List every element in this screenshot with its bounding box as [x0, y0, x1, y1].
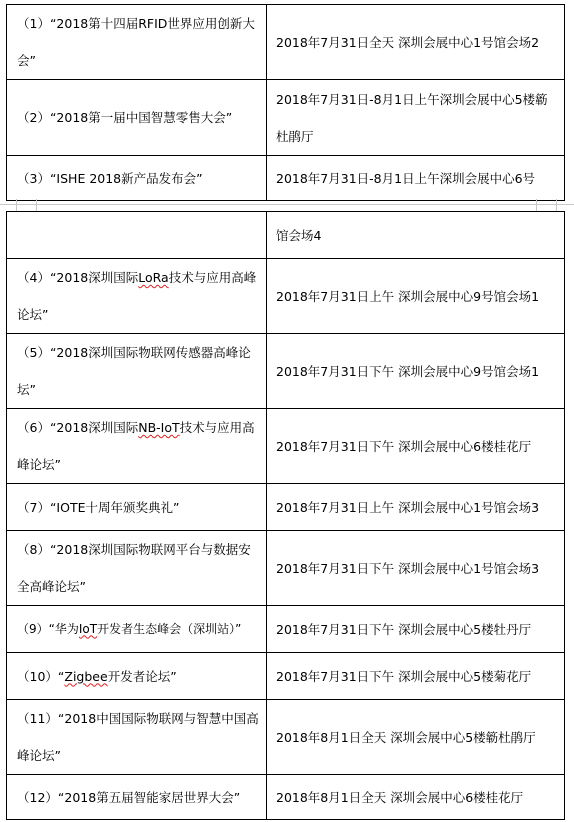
event-title-text: 开发者论坛” [108, 669, 177, 684]
event-number: （11） [17, 711, 58, 726]
table-row: （6）“2018深圳国际NB-IoT技术与应用高峰论坛” 2018年7月31日下… [7, 409, 565, 484]
time-place-cell: 2018年7月31日上午 深圳会展中心9号馆会场1 [267, 259, 565, 334]
event-name-cell: （1）“2018第十四届RFID世界应用创新大会” [7, 5, 267, 80]
event-name-cell: （9）“华为IoT开发者生态峰会（深圳站）” [7, 606, 267, 653]
event-number: （12） [17, 790, 58, 805]
table-row: （5）“2018深圳国际物联网传感器高峰论坛” 2018年7月31日下午 深圳会… [7, 334, 565, 409]
event-name-cell: （12）“2018第五届智能家居世界大会” [7, 775, 267, 820]
table-row: （11）“2018中国国际物联网与智慧中国高峰论坛” 2018年8月1日全天 深… [7, 700, 565, 775]
event-number: （9） [17, 622, 49, 636]
event-title-text: “华为 [49, 622, 79, 636]
time-place-cell: 2018年8月1日全天 深圳会展中心6楼桂花厅 [267, 775, 565, 820]
event-name-cell: （7）“IOTE十周年颁奖典礼” [7, 484, 267, 531]
event-number: （5） [17, 345, 50, 360]
time-place-cell: 2018年7月31日下午 深圳会展中心9号馆会场1 [267, 334, 565, 409]
spellcheck-flagged-term[interactable]: IoT [79, 622, 97, 636]
table-row: （12）“2018第五届智能家居世界大会” 2018年8月1日全天 深圳会展中心… [7, 775, 565, 820]
time-place-cell: 2018年7月31日-8月1日上午深圳会展中心6号 [267, 156, 565, 201]
table-row-continuation: 馆会场4 [7, 212, 565, 259]
event-name-cell [7, 212, 267, 259]
time-place-cell: 2018年7月31日下午 深圳会展中心6楼桂花厅 [267, 409, 565, 484]
time-place-cell: 2018年7月31日下午 深圳会展中心5楼牡丹厅 [267, 606, 565, 653]
event-name-cell: （5）“2018深圳国际物联网传感器高峰论坛” [7, 334, 267, 409]
event-name-cell: （11）“2018中国国际物联网与智慧中国高峰论坛” [7, 700, 267, 775]
page-corner-mark [16, 199, 17, 211]
table-row: （7）“IOTE十周年颁奖典礼” 2018年7月31日上午 深圳会展中心1号馆会… [7, 484, 565, 531]
event-title-text: 开发者生态峰会（深圳站）” [97, 622, 241, 636]
event-title-text: “2018深圳国际物联网传感器高峰论坛” [17, 345, 251, 397]
spellcheck-flagged-term[interactable]: NB-IoT [138, 420, 179, 435]
event-number: （7） [17, 500, 50, 515]
events-table-page2: 馆会场4 （4）“2018深圳国际LoRa技术与应用高峰论坛” 2018年7月3… [6, 211, 565, 820]
event-title-text: “2018第五届智能家居世界大会” [58, 790, 240, 805]
event-name-cell: （4）“2018深圳国际LoRa技术与应用高峰论坛” [7, 259, 267, 334]
page-corner-mark [536, 199, 537, 211]
time-place-cell: 2018年7月31日上午 深圳会展中心1号馆会场3 [267, 484, 565, 531]
table-row: （4）“2018深圳国际LoRa技术与应用高峰论坛” 2018年7月31日上午 … [7, 259, 565, 334]
event-name-cell: （8）“2018深圳国际物联网平台与数据安全高峰论坛” [7, 531, 267, 606]
events-table-page1: （1）“2018第十四届RFID世界应用创新大会” 2018年7月31日全天 深… [6, 4, 565, 201]
event-name-cell: （6）“2018深圳国际NB-IoT技术与应用高峰论坛” [7, 409, 267, 484]
time-place-cell: 2018年7月31日下午 深圳会展中心1号馆会场3 [267, 531, 565, 606]
event-name-cell: （2）“2018第一届中国智慧零售大会” [7, 80, 267, 156]
event-number: （8） [17, 542, 50, 557]
spellcheck-flagged-term[interactable]: Zigbee [64, 669, 107, 684]
table-row: （1）“2018第十四届RFID世界应用创新大会” 2018年7月31日全天 深… [7, 5, 565, 80]
event-number: （10） [17, 669, 58, 684]
time-place-cell: 2018年7月31日下午 深圳会展中心5楼菊花厅 [267, 653, 565, 700]
table-row: （10）“Zigbee开发者论坛” 2018年7月31日下午 深圳会展中心5楼菊… [7, 653, 565, 700]
time-place-cell: 2018年7月31日-8月1日上午深圳会展中心5楼簕杜鹃厅 [267, 80, 565, 156]
event-name-cell: （10）“Zigbee开发者论坛” [7, 653, 267, 700]
page-break-line [0, 204, 574, 205]
page-corner-mark [36, 199, 37, 211]
table-row: （3）“ISHE 2018新产品发布会” 2018年7月31日-8月1日上午深圳… [7, 156, 565, 201]
event-title-text: “2018深圳国际 [50, 270, 138, 285]
time-place-cell: 馆会场4 [267, 212, 565, 259]
spellcheck-flagged-term[interactable]: LoRa [138, 270, 168, 285]
event-title-text: “2018深圳国际 [50, 420, 138, 435]
page-corner-mark [556, 199, 557, 211]
event-name-cell: （3）“ISHE 2018新产品发布会” [7, 156, 267, 201]
time-place-cell: 2018年7月31日全天 深圳会展中心1号馆会场2 [267, 5, 565, 80]
table-row: （8）“2018深圳国际物联网平台与数据安全高峰论坛” 2018年7月31日下午… [7, 531, 565, 606]
event-number: （4） [17, 270, 50, 285]
table-row: （2）“2018第一届中国智慧零售大会” 2018年7月31日-8月1日上午深圳… [7, 80, 565, 156]
table-row: （9）“华为IoT开发者生态峰会（深圳站）” 2018年7月31日下午 深圳会展… [7, 606, 565, 653]
time-place-cell: 2018年8月1日全天 深圳会展中心5楼簕杜鹃厅 [267, 700, 565, 775]
event-number: （6） [17, 420, 50, 435]
event-title-text: “IOTE十周年颁奖典礼” [50, 500, 180, 515]
event-title-text: “2018深圳国际物联网平台与数据安全高峰论坛” [17, 542, 251, 594]
